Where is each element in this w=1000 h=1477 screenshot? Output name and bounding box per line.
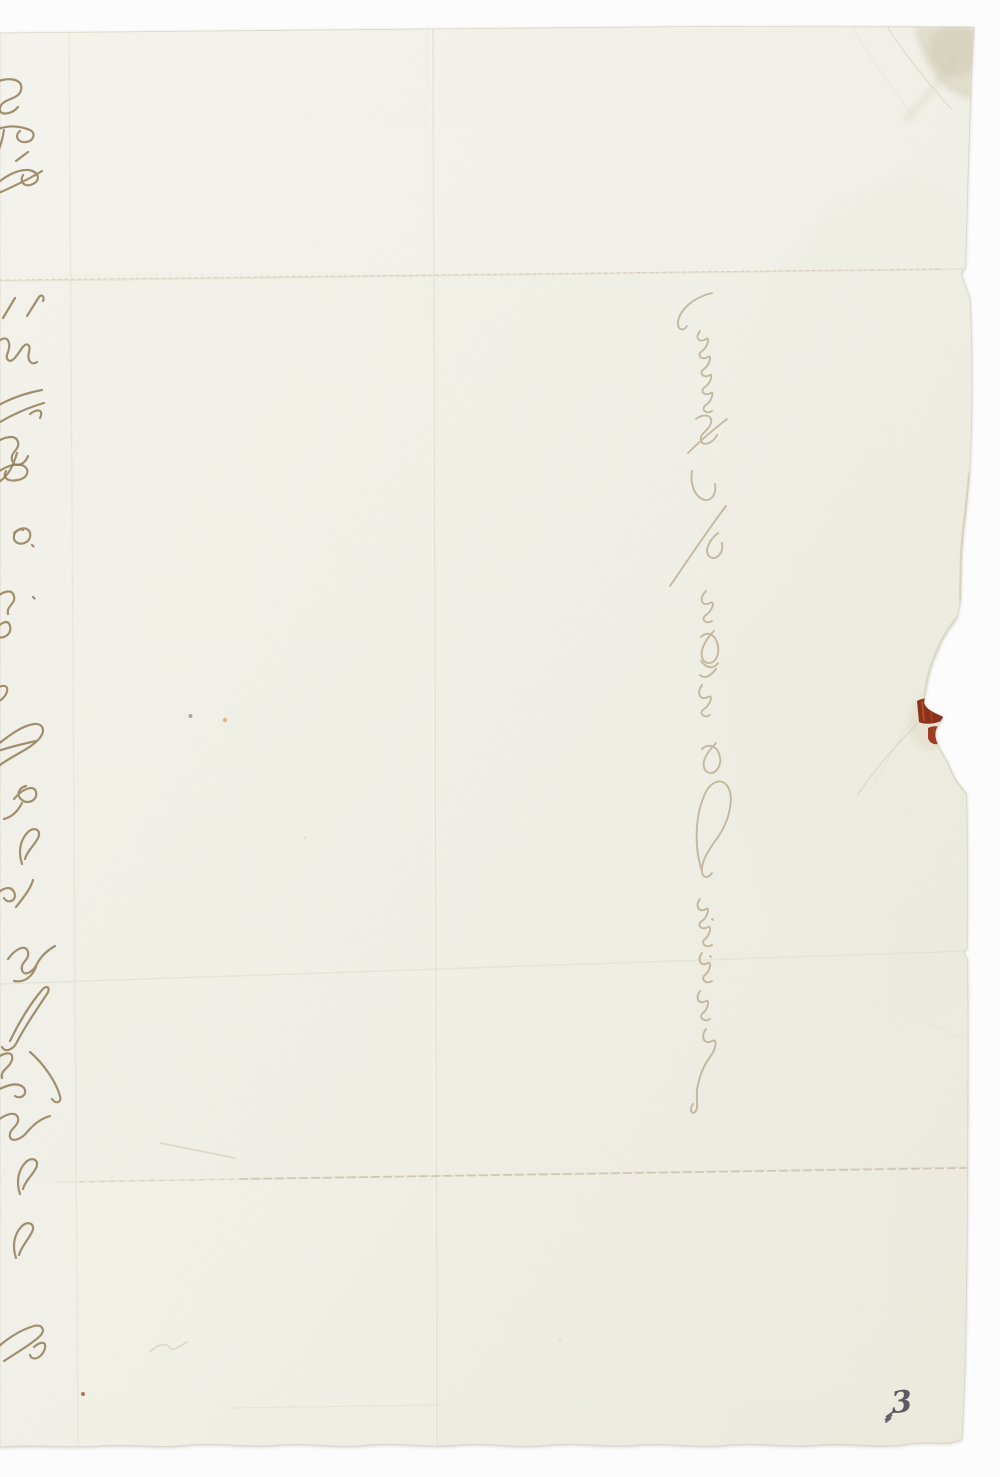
paper-surface-detail: 3 bbox=[0, 20, 1000, 1477]
scanned-letter-canvas: 3 bbox=[0, 0, 1000, 1477]
paper-grain-texture bbox=[0, 20, 1000, 1477]
letter-scan: 3 bbox=[0, 0, 1000, 1477]
